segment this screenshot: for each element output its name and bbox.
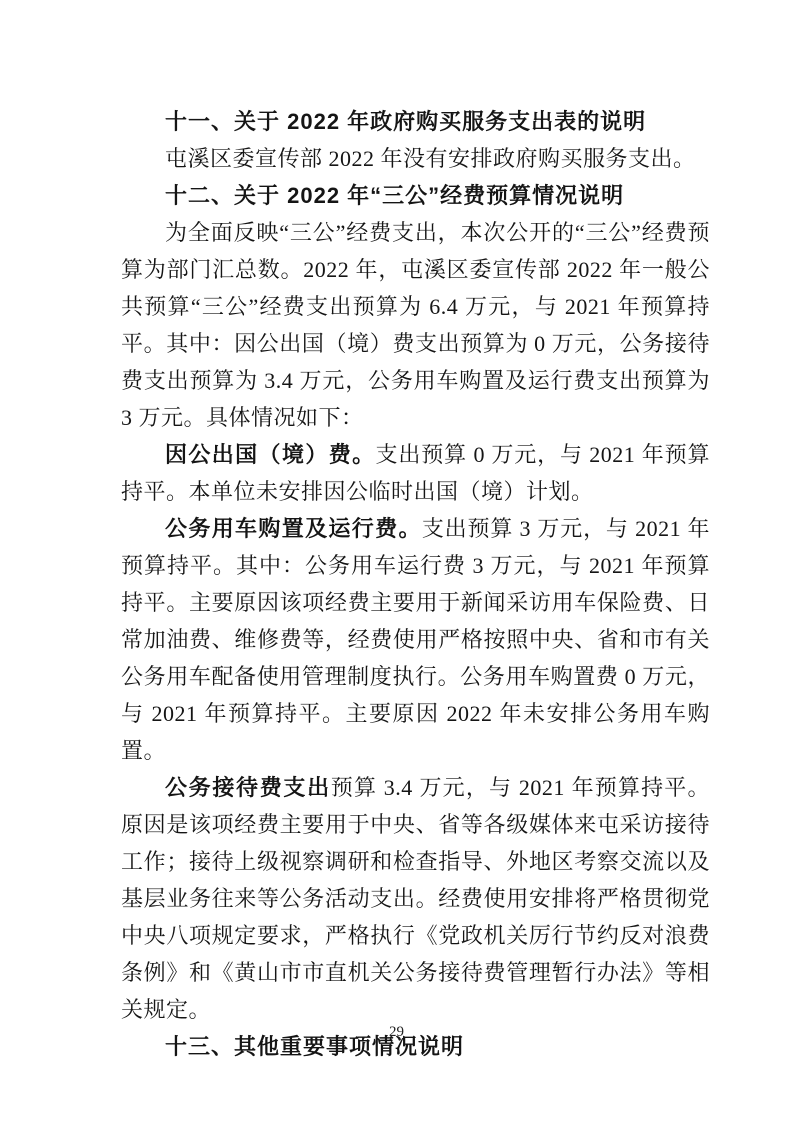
paragraph-text-reception-expense: 预算 3.4 万元，与 2021 年预算持平。原因是该项经费主要用于中央、省等各…	[121, 775, 710, 1022]
paragraph-lead-reception-expense: 公务接待费支出	[165, 775, 331, 800]
page-number: 29	[0, 1022, 793, 1042]
paragraph-lead-vehicle-expense: 公务用车购置及运行费。	[165, 516, 422, 541]
section-heading-11: 十一、关于 2022 年政府购买服务支出表的说明	[121, 103, 710, 140]
paragraph-lead-abroad-expense: 因公出国（境）费。	[165, 442, 376, 467]
paragraph-abroad-expense: 因公出国（境）费。支出预算 0 万元，与 2021 年预算持平。本单位未安排因公…	[121, 436, 710, 510]
paragraph-reception-expense: 公务接待费支出预算 3.4 万元，与 2021 年预算持平。原因是该项经费主要用…	[121, 769, 710, 1028]
document-page: 十一、关于 2022 年政府购买服务支出表的说明 屯溪区委宣传部 2022 年没…	[0, 0, 793, 1122]
section-heading-12: 十二、关于 2022 年“三公”经费预算情况说明	[121, 177, 710, 214]
document-body: 十一、关于 2022 年政府购买服务支出表的说明 屯溪区委宣传部 2022 年没…	[121, 103, 710, 1065]
paragraph-text-vehicle-expense: 支出预算 3 万元，与 2021 年预算持平。其中：公务用车运行费 3 万元，与…	[121, 516, 710, 763]
paragraph-three-public-overview: 为全面反映“三公”经费支出，本次公开的“三公”经费预算为部门汇总数。2022 年…	[121, 214, 710, 436]
paragraph-gov-purchase: 屯溪区委宣传部 2022 年没有安排政府购买服务支出。	[121, 140, 710, 177]
paragraph-vehicle-expense: 公务用车购置及运行费。支出预算 3 万元，与 2021 年预算持平。其中：公务用…	[121, 510, 710, 769]
